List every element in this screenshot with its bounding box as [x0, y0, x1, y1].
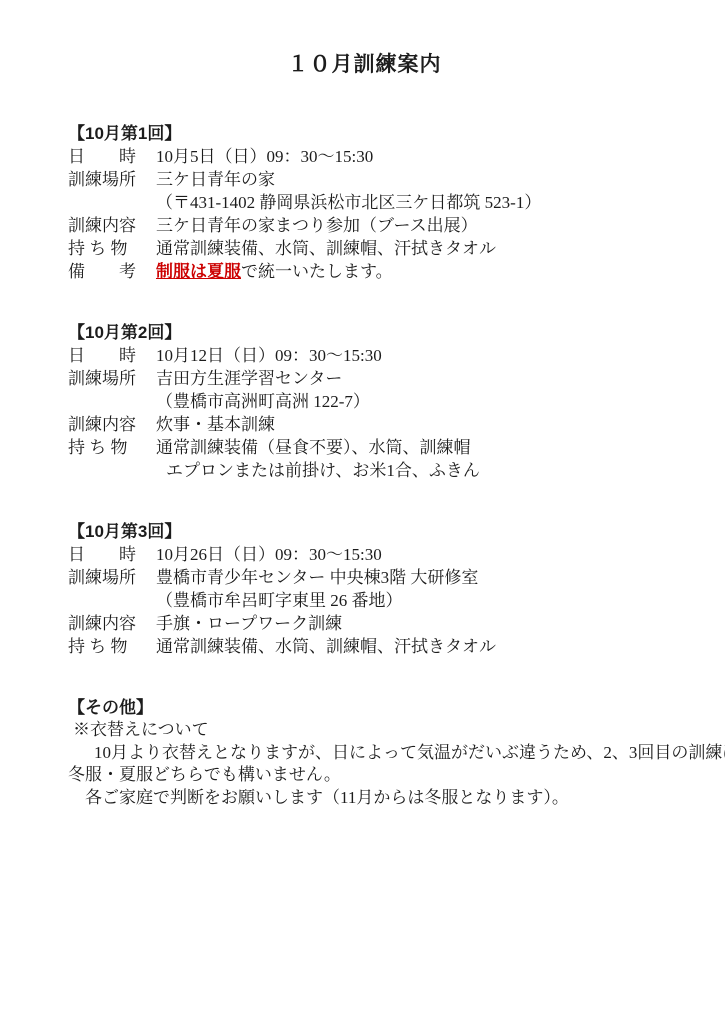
field-value: 10月5日（日）09：30～15:30 [156, 145, 373, 168]
field-label: 持 ち 物 [68, 237, 156, 260]
field-value: 10月26日（日）09：30～15:30 [156, 543, 382, 566]
remark-highlight-red: 制服は夏服 [156, 262, 241, 281]
field-label [68, 390, 156, 413]
field-label: 訓練内容 [68, 612, 156, 635]
field-value: 通常訓練装備、水筒、訓練帽、汗拭きタオル [156, 237, 496, 260]
field-value: 豊橋市青少年センター 中央棟3階 大研修室 [156, 566, 478, 589]
note-paragraph-line-2: 冬服・夏服どちらでも構いません。 [68, 764, 661, 787]
section-october-1: 【10月第1回】 日 時 10月5日（日）09：30～15:30 訓練場所 三ケ… [68, 122, 661, 283]
section-other: 【その他】 ※衣替えについて 10月より衣替えとなりますが、日によって気温がだい… [68, 696, 661, 809]
field-value: 三ケ日青年の家まつり参加（ブース出展） [156, 214, 478, 237]
field-value: 制服は夏服で統一いたします。 [156, 260, 393, 283]
field-label: 訓練場所 [68, 367, 156, 390]
field-row-address: （豊橋市高洲町高洲 122-7） [68, 390, 661, 413]
field-row-location: 訓練場所 吉田方生涯学習センター [68, 367, 661, 390]
field-label: 備 考 [68, 260, 156, 283]
field-row-remark: 備 考 制服は夏服で統一いたします。 [68, 260, 661, 283]
field-value: 手旗・ロープワーク訓練 [156, 612, 342, 635]
field-value: （〒431-1402 静岡県浜松市北区三ケ日都筑 523-1） [156, 191, 541, 214]
section-3-heading: 【10月第3回】 [68, 520, 661, 543]
field-value: （豊橋市牟呂町字東里 26 番地） [156, 589, 403, 612]
field-row-address: （豊橋市牟呂町字東里 26 番地） [68, 589, 661, 612]
field-value: 通常訓練装備、水筒、訓練帽、汗拭きタオル [156, 635, 496, 658]
field-row-content: 訓練内容 手旗・ロープワーク訓練 [68, 612, 661, 635]
note-paragraph-line-3: 各ご家庭で判断をお願いします（11月からは冬服となります）。 [68, 787, 661, 810]
field-label: 訓練場所 [68, 566, 156, 589]
field-row-location: 訓練場所 三ケ日青年の家 [68, 168, 661, 191]
field-label: 日 時 [68, 344, 156, 367]
field-row-content: 訓練内容 炊事・基本訓練 [68, 413, 661, 436]
section-october-2: 【10月第2回】 日 時 10月12日（日）09：30～15:30 訓練場所 吉… [68, 321, 661, 482]
field-row-address: （〒431-1402 静岡県浜松市北区三ケ日都筑 523-1） [68, 191, 661, 214]
section-other-heading: 【その他】 [68, 696, 661, 719]
field-label: 訓練内容 [68, 214, 156, 237]
field-label: 訓練場所 [68, 168, 156, 191]
field-label: 日 時 [68, 145, 156, 168]
field-row-belongings: 持 ち 物 通常訓練装備、水筒、訓練帽、汗拭きタオル [68, 635, 661, 658]
section-2-heading: 【10月第2回】 [68, 321, 661, 344]
field-label [68, 459, 156, 482]
field-row-belongings-cont: エプロンまたは前掛け、お米1合、ふきん [68, 459, 661, 482]
note-paragraph-line-1: 10月より衣替えとなりますが、日によって気温がだいぶ違うため、2、3回目の訓練は [68, 742, 661, 765]
field-row-datetime: 日 時 10月26日（日）09：30～15:30 [68, 543, 661, 566]
field-row-belongings: 持 ち 物 通常訓練装備、水筒、訓練帽、汗拭きタオル [68, 237, 661, 260]
field-value: 炊事・基本訓練 [156, 413, 275, 436]
field-row-datetime: 日 時 10月12日（日）09：30～15:30 [68, 344, 661, 367]
field-value: （豊橋市高洲町高洲 122-7） [156, 390, 370, 413]
field-value: 吉田方生涯学習センター [156, 367, 342, 390]
field-row-content: 訓練内容 三ケ日青年の家まつり参加（ブース出展） [68, 214, 661, 237]
section-october-3: 【10月第3回】 日 時 10月26日（日）09：30～15:30 訓練場所 豊… [68, 520, 661, 658]
field-label [68, 191, 156, 214]
document-page: １０月訓練案内 【10月第1回】 日 時 10月5日（日）09：30～15:30… [0, 0, 725, 1024]
field-label: 持 ち 物 [68, 436, 156, 459]
remark-rest: で統一いたします。 [241, 262, 393, 281]
field-value: 三ケ日青年の家 [156, 168, 275, 191]
field-value: エプロンまたは前掛け、お米1合、ふきん [156, 459, 480, 482]
field-value: 10月12日（日）09：30～15:30 [156, 344, 382, 367]
section-1-heading: 【10月第1回】 [68, 122, 661, 145]
field-value: 通常訓練装備（昼食不要）、水筒、訓練帽 [156, 436, 471, 459]
field-label: 訓練内容 [68, 413, 156, 436]
field-label: 持 ち 物 [68, 635, 156, 658]
field-label: 日 時 [68, 543, 156, 566]
field-row-location: 訓練場所 豊橋市青少年センター 中央棟3階 大研修室 [68, 566, 661, 589]
field-row-belongings: 持 ち 物 通常訓練装備（昼食不要）、水筒、訓練帽 [68, 436, 661, 459]
page-title: １０月訓練案内 [68, 50, 661, 80]
field-row-datetime: 日 時 10月5日（日）09：30～15:30 [68, 145, 661, 168]
field-label [68, 589, 156, 612]
note-title: ※衣替えについて [68, 719, 661, 742]
